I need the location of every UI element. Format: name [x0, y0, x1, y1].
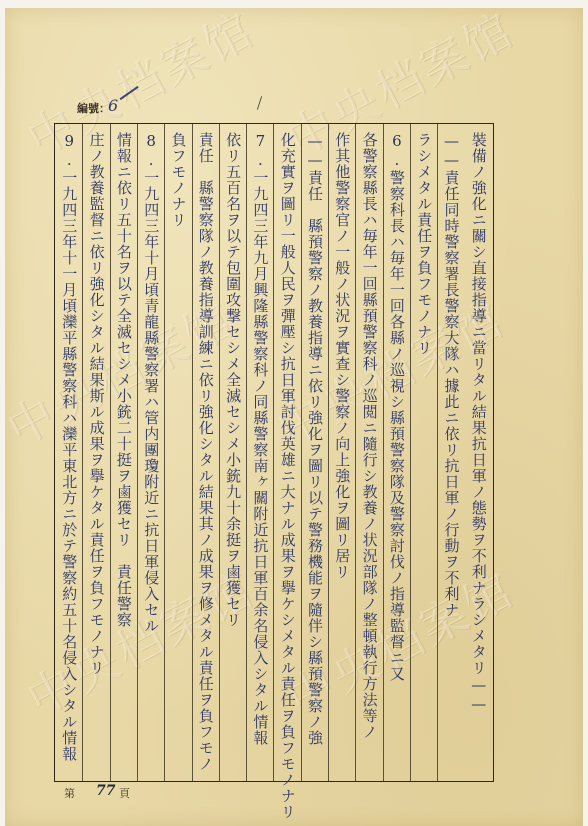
column-text: 情報ニ依リ五十名ヲ以テ全滅セシメ小銃二十挺ヲ鹵獲セリ 責任警察	[113, 132, 135, 628]
text-column: 7.一九四三年九月興隆縣警察科ノ同縣警察南ヶ關附近抗日軍百余名侵入シタル情報	[246, 124, 273, 781]
text-column: ——責任 縣預警察ノ教養指導ニ依リ強化ヲ圖リ以テ警務機能ヲ隨伴シ縣預警察ノ強	[301, 124, 328, 781]
text-column: 裝備ノ強化ニ關シ直接指導ニ當リタル結果抗日軍ノ態勢ヲ不利ナラシメタリ——	[465, 124, 492, 781]
column-text: 9.一九四三年十一月頃灤平縣警察科ハ灤平東北方ニ於テ警察約五十名侵入シタル情報	[57, 132, 80, 762]
text-column: 作其他警察官ノ一般ノ状況ヲ實查シ警察ノ向上強化ヲ圖リ居リ	[328, 124, 355, 781]
text-column: ラシメタル責任ヲ負フモノナリ	[410, 124, 437, 781]
page-number: 77	[96, 783, 115, 799]
column-text: 負フモノナリ	[167, 132, 189, 228]
column-text: 化充實ヲ圖リ一般人民ヲ彈壓シ抗日軍討伐英雄ニ大ナル成果ヲ擧ケシメタル責任ヲ負フモ…	[276, 132, 298, 820]
column-text: 各警察縣長ハ毎年一回縣預警察科ノ巡閲ニ隨行シ教養ノ状況部隊ノ整頓執行方法等ノ	[358, 132, 380, 740]
text-column: 責任 縣警察隊ノ教養指導訓練ニ依リ強化シタル結果其ノ成果ヲ修メタル責任ヲ負フモノ	[192, 124, 219, 781]
column-text: 作其他警察官ノ一般ノ状況ヲ實查シ警察ノ向上強化ヲ圖リ居リ	[331, 132, 353, 580]
column-text: ——責任同時警察署長警察大隊ハ據此ニ依リ抗日軍ノ行動ヲ不利ナ	[440, 132, 462, 618]
page-suffix: 頁	[119, 785, 130, 801]
column-text: ラシメタル責任ヲ負フモノナリ	[413, 132, 435, 356]
text-column: 9.一九四三年十一月頃灤平縣警察科ハ灤平東北方ニ於テ警察約五十名侵入シタル情報	[55, 124, 82, 781]
text-column: 庄ノ教養監督ニ依リ強化シタル結果斯ル成果ヲ擧ケタル責任ヲ負フモノナリ	[82, 124, 109, 781]
text-column: 情報ニ依リ五十名ヲ以テ全滅セシメ小銃二十挺ヲ鹵獲セリ 責任警察	[110, 124, 137, 781]
serial-label: 編號：	[77, 100, 110, 116]
text-column: 負フモノナリ	[164, 124, 191, 781]
text-column: 各警察縣長ハ毎年一回縣預警察科ノ巡閲ニ隨行シ教養ノ状況部隊ノ整頓執行方法等ノ	[355, 124, 382, 781]
column-text: 7.一九四三年九月興隆縣警察科ノ同縣警察南ヶ關附近抗日軍百余名侵入シタル情報	[249, 132, 271, 746]
text-column: 6.警察科長ハ毎年一回各縣ノ巡視シ縣預警察隊及警察討伐ノ指導監督ニ又	[383, 124, 410, 781]
page-prefix: 第	[64, 787, 75, 800]
page-footer: 第 77 頁	[64, 785, 75, 801]
serial-value: 6	[108, 96, 118, 115]
column-text: 責任 縣警察隊ノ教養指導訓練ニ依リ強化シタル結果其ノ成果ヲ修メタル責任ヲ負フモノ	[195, 132, 217, 772]
text-column: 8.一九四三年十月頃青龍縣警察署ハ管内團瓊附近ニ抗日軍侵入セル	[137, 124, 164, 781]
column-text: ——責任 縣預警察ノ教養指導ニ依リ強化ヲ圖リ以テ警務機能ヲ隨伴シ縣預警察ノ強	[304, 132, 326, 746]
text-column: ——責任同時警察署長警察大隊ハ據此ニ依リ抗日軍ノ行動ヲ不利ナ	[437, 124, 464, 781]
text-column: 依リ五百名ヲ以テ包圍攻撃セシメ全滅セシメ小銃九十余挺ヲ鹵獲セリ	[219, 124, 246, 781]
column-text: 裝備ノ強化ニ關シ直接指導ニ當リタル結果抗日軍ノ態勢ヲ不利ナラシメタリ——	[467, 132, 490, 714]
column-text: 庄ノ教養監督ニ依リ強化シタル結果斯ル成果ヲ擧ケタル責任ヲ負フモノナリ	[85, 132, 107, 676]
column-text: 依リ五百名ヲ以テ包圍攻撃セシメ全滅セシメ小銃九十余挺ヲ鹵獲セリ	[222, 132, 244, 628]
column-text: 6.警察科長ハ毎年一回各縣ノ巡視シ縣預警察隊及警察討伐ノ指導監督ニ又	[386, 132, 408, 682]
text-column: 化充實ヲ圖リ一般人民ヲ彈壓シ抗日軍討伐英雄ニ大ナル成果ヲ擧ケシメタル責任ヲ負フモ…	[273, 124, 300, 781]
manuscript-grid: 裝備ノ強化ニ關シ直接指導ニ當リタル結果抗日軍ノ態勢ヲ不利ナラシメタリ————責任…	[54, 123, 494, 782]
column-text: 8.一九四三年十月頃青龍縣警察署ハ管内團瓊附近ニ抗日軍侵入セル	[140, 132, 162, 634]
